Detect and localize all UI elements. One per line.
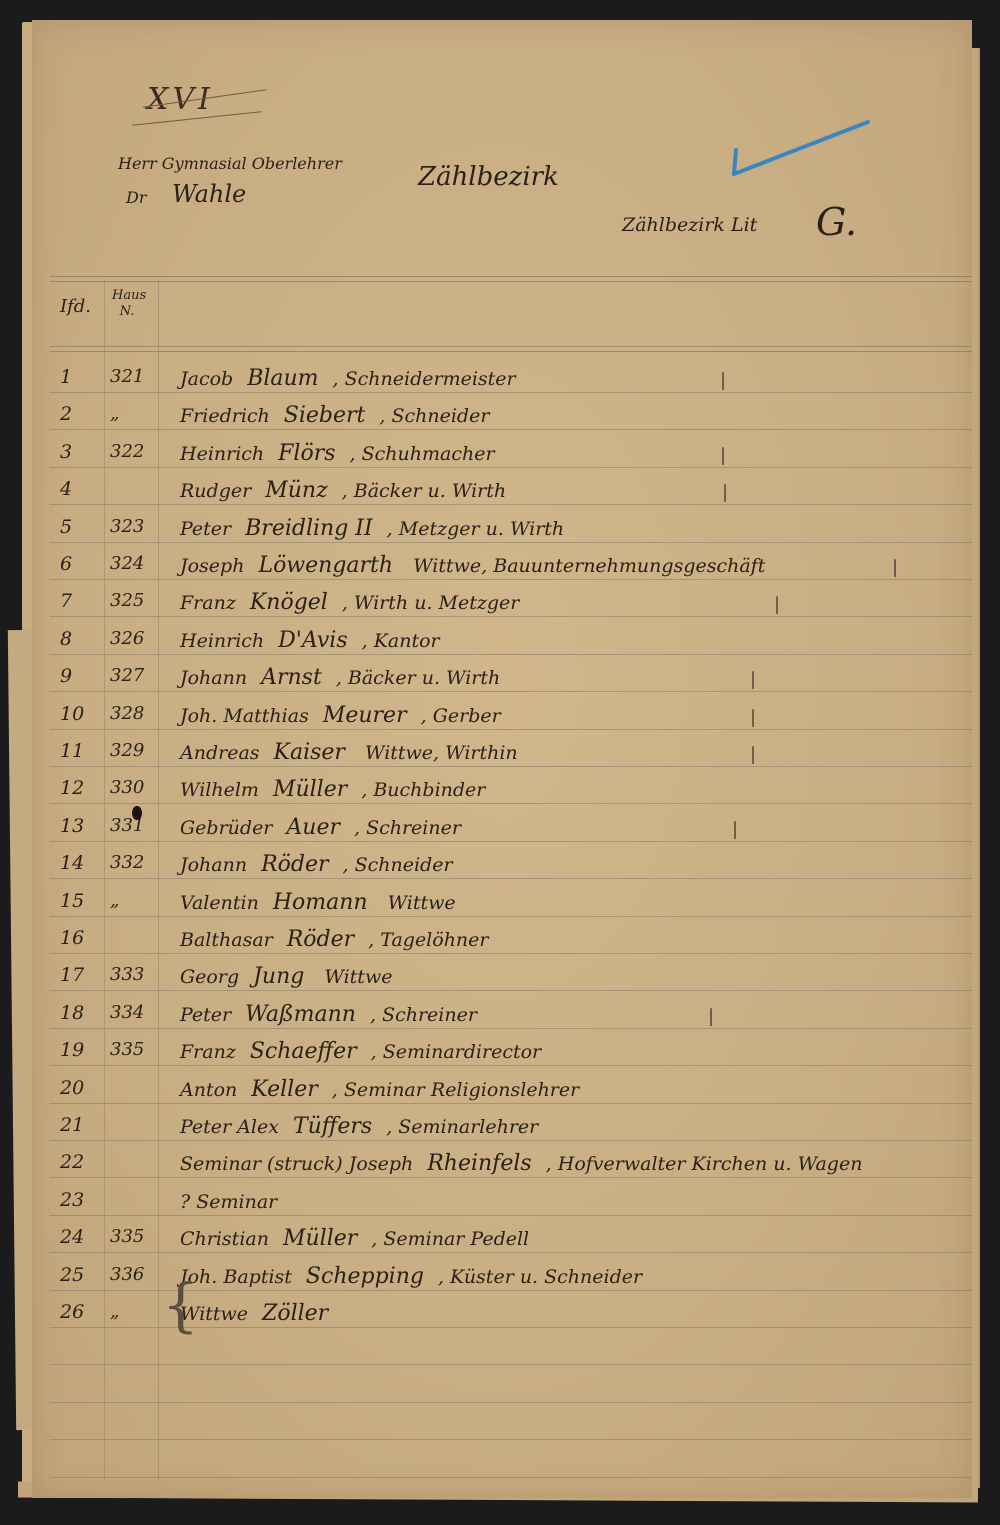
table-row: 8326HeinrichD'Avis, Kantor — [32, 628, 972, 666]
addressee-name: Wahle — [172, 180, 246, 208]
given-name: Peter — [180, 1004, 231, 1026]
surname: Tüffers — [293, 1114, 372, 1139]
table-row: 21Peter AlexTüffers, Seminarlehrer — [32, 1114, 972, 1152]
house-number: 329 — [110, 740, 160, 761]
surname: Flörs — [278, 441, 335, 466]
occupation: , Schreiner — [354, 817, 461, 839]
given-name: Johann — [180, 667, 247, 689]
entry-number: 26 — [60, 1301, 100, 1323]
occupation: , Metzger u. Wirth — [387, 518, 565, 540]
header-rule-top — [50, 276, 972, 282]
occupation: , Schneider — [343, 854, 453, 876]
tally-mark: | — [720, 445, 726, 466]
surname: Zöller — [262, 1301, 328, 1326]
surname: Müller — [273, 777, 347, 802]
entry-text: FranzSchaeffer, Seminardirector — [180, 1039, 541, 1064]
entry-text: ? Seminar — [180, 1189, 305, 1214]
entry-text: GeorgJung Wittwe — [180, 964, 392, 989]
house-number: 322 — [110, 441, 160, 462]
occupation: , Seminar Pedell — [371, 1228, 529, 1250]
house-number: 334 — [110, 1002, 160, 1023]
occupation: , Schneidermeister — [333, 368, 516, 390]
column-header-house: Haus N. — [112, 288, 142, 320]
entry-text: Seminar (struck) JosephRheinfels, Hofver… — [180, 1151, 862, 1176]
entry-text: JohannArnst, Bäcker u. Wirth — [180, 665, 500, 690]
entry-text: HeinrichFlörs, Schuhmacher — [180, 441, 495, 466]
table-row: 20AntonKeller, Seminar Religionslehrer — [32, 1077, 972, 1115]
given-name: Joseph — [180, 555, 244, 577]
table-row: 6324JosephLöwengarth Wittwe, Bauunterneh… — [32, 553, 972, 591]
tally-mark: | — [892, 557, 898, 578]
surname: Auer — [286, 815, 340, 840]
occupation: , Wirth u. Metzger — [342, 592, 520, 614]
tally-mark: | — [732, 819, 738, 840]
table-row: 15„ValentinHomann Wittwe — [32, 890, 972, 928]
addressee-title-line: Herr Gymnasial Oberlehrer — [118, 154, 342, 173]
entry-text: HeinrichD'Avis, Kantor — [180, 628, 440, 653]
ruled-line — [50, 1364, 972, 1365]
table-row: 5323PeterBreidling II, Metzger u. Wirth — [32, 516, 972, 554]
entry-text: BalthasarRöder, Tagelöhner — [180, 927, 489, 952]
occupation: Wittwe, Bauunternehmungsgeschäft — [407, 555, 765, 577]
house-number: 336 — [110, 1264, 160, 1285]
surname: Meurer — [323, 703, 407, 728]
table-row: 23? Seminar — [32, 1189, 972, 1227]
surname: Röder — [261, 852, 328, 877]
entry-number: 12 — [60, 777, 100, 799]
entry-text: RudgerMünz, Bäcker u. Wirth — [180, 478, 506, 503]
occupation: Wittwe — [382, 892, 456, 914]
entry-number: 25 — [60, 1264, 100, 1286]
entry-number: 24 — [60, 1226, 100, 1248]
given-name: ? Seminar — [180, 1191, 277, 1213]
surname: Kaiser — [274, 740, 345, 765]
entry-number: 10 — [60, 703, 100, 725]
given-name: Joh. Matthias — [180, 705, 309, 727]
tally-mark: | — [750, 744, 756, 765]
surname: Arnst — [261, 665, 322, 690]
surname: Blaum — [247, 366, 318, 391]
table-row: 17333GeorgJung Wittwe — [32, 964, 972, 1002]
house-number: „ — [110, 403, 160, 424]
roman-numeral: XVI — [147, 82, 214, 117]
table-row: 24335ChristianMüller, Seminar Pedell — [32, 1226, 972, 1264]
house-number: 335 — [110, 1039, 160, 1060]
house-number: 325 — [110, 590, 160, 611]
occupation: , Tagelöhner — [368, 929, 488, 951]
table-row: 22Seminar (struck) JosephRheinfels, Hofv… — [32, 1151, 972, 1189]
entry-text: FranzKnögel, Wirth u. Metzger — [180, 590, 519, 615]
occupation: , Schreiner — [370, 1004, 477, 1026]
entry-number: 21 — [60, 1114, 100, 1136]
entry-text: ChristianMüller, Seminar Pedell — [180, 1226, 529, 1251]
entry-text: AndreasKaiser Wittwe, Wirthin — [180, 740, 518, 765]
entry-number: 22 — [60, 1151, 100, 1173]
occupation: , Seminarlehrer — [386, 1116, 538, 1138]
entry-text: Joh. BaptistSchepping, Küster u. Schneid… — [180, 1264, 642, 1289]
occupation: , Hofverwalter Kirchen u. Wagen — [546, 1153, 863, 1175]
given-name: Franz — [180, 1041, 236, 1063]
entry-number: 9 — [60, 665, 100, 687]
table-row: 19335FranzSchaeffer, Seminardirector — [32, 1039, 972, 1077]
surname: Münz — [265, 478, 327, 503]
given-name: Valentin — [180, 892, 259, 914]
entry-number: 18 — [60, 1002, 100, 1024]
surname: Keller — [251, 1077, 317, 1102]
entry-text: Joh. MatthiasMeurer, Gerber — [180, 703, 501, 728]
occupation: , Buchbinder — [361, 779, 485, 801]
entry-text: FriedrichSiebert, Schneider — [180, 403, 489, 428]
surname: Homann — [273, 890, 368, 915]
table-row: 1321JacobBlaum, Schneidermeister| — [32, 366, 972, 404]
entry-number: 16 — [60, 927, 100, 949]
given-name: Seminar (struck) Joseph — [180, 1153, 413, 1175]
occupation: Wittwe, Wirthin — [359, 742, 518, 764]
table-row: 12330WilhelmMüller, Buchbinder — [32, 777, 972, 815]
addressee-dr: Dr — [126, 188, 146, 207]
tally-mark: | — [708, 1006, 714, 1027]
table-row: 4RudgerMünz, Bäcker u. Wirth| — [32, 478, 972, 516]
surname: Siebert — [284, 403, 366, 428]
tally-mark: | — [750, 707, 756, 728]
entry-number: 2 — [60, 403, 100, 425]
table-row: 9327JohannArnst, Bäcker u. Wirth| — [32, 665, 972, 703]
heading-lit-letter: G. — [816, 200, 857, 244]
given-name: Johann — [180, 854, 247, 876]
house-number: „ — [110, 890, 160, 911]
given-name: Jacob — [180, 368, 233, 390]
occupation: , Kantor — [362, 630, 440, 652]
header-rule-bottom — [50, 346, 972, 352]
entry-number: 13 — [60, 815, 100, 837]
table-row: 2„FriedrichSiebert, Schneider — [32, 403, 972, 441]
entry-number: 20 — [60, 1077, 100, 1099]
given-name: Christian — [180, 1228, 269, 1250]
entry-number: 11 — [60, 740, 100, 762]
house-number: 332 — [110, 852, 160, 873]
tally-mark: | — [722, 482, 728, 503]
entry-text: WittweZöller — [180, 1301, 342, 1326]
ruled-line — [50, 1439, 972, 1440]
given-name: Wilhelm — [180, 779, 259, 801]
surname: Schepping — [306, 1264, 424, 1289]
house-number: 327 — [110, 665, 160, 686]
ruled-line — [50, 1402, 972, 1403]
column-header-number: Ifd. — [60, 296, 91, 317]
entry-text: Peter AlexTüffers, Seminarlehrer — [180, 1114, 538, 1139]
occupation: , Schneider — [379, 405, 489, 427]
ink-blot — [132, 806, 142, 820]
entry-text: AntonKeller, Seminar Religionslehrer — [180, 1077, 579, 1102]
entry-number: 3 — [60, 441, 100, 463]
surname: Breidling II — [245, 516, 373, 541]
tally-mark: | — [750, 669, 756, 690]
given-name: Heinrich — [180, 630, 264, 652]
occupation: , Schuhmacher — [350, 443, 495, 465]
house-number: 335 — [110, 1226, 160, 1247]
given-name: Heinrich — [180, 443, 264, 465]
occupation: , Seminar Religionslehrer — [332, 1079, 579, 1101]
occupation: , Bäcker u. Wirth — [336, 667, 500, 689]
given-name: Friedrich — [180, 405, 270, 427]
house-number: 326 — [110, 628, 160, 649]
house-number: 321 — [110, 366, 160, 387]
table-row: 18334PeterWaßmann, Schreiner| — [32, 1002, 972, 1040]
occupation: , Seminardirector — [371, 1041, 541, 1063]
ruled-line — [50, 1477, 972, 1478]
entry-number: 4 — [60, 478, 100, 500]
entry-number: 8 — [60, 628, 100, 650]
house-number: 328 — [110, 703, 160, 724]
table-row: 10328Joh. MatthiasMeurer, Gerber| — [32, 703, 972, 741]
house-number: „ — [110, 1301, 160, 1322]
surname: Jung — [253, 964, 304, 989]
given-name: Gebrüder — [180, 817, 272, 839]
surname: Knögel — [250, 590, 328, 615]
tally-mark: | — [774, 594, 780, 615]
column-header-house-line2: N. — [112, 304, 142, 320]
occupation: , Bäcker u. Wirth — [342, 480, 506, 502]
surname: Rheinfels — [427, 1151, 531, 1176]
entry-text: JacobBlaum, Schneidermeister — [180, 366, 516, 391]
tally-mark: | — [720, 370, 726, 391]
entry-number: 23 — [60, 1189, 100, 1211]
occupation: , Gerber — [421, 705, 501, 727]
entry-number: 6 — [60, 553, 100, 575]
occupation: , Küster u. Schneider — [438, 1266, 642, 1288]
occupation: Wittwe — [318, 966, 392, 988]
surname: Müller — [283, 1226, 357, 1251]
entry-number: 1 — [60, 366, 100, 388]
surname: Waßmann — [245, 1002, 356, 1027]
table-row: 11329AndreasKaiser Wittwe, Wirthin| — [32, 740, 972, 778]
given-name: Peter Alex — [180, 1116, 279, 1138]
surname: Schaeffer — [250, 1039, 357, 1064]
entry-number: 5 — [60, 516, 100, 538]
entry-text: GebrüderAuer, Schreiner — [180, 815, 461, 840]
entry-number: 15 — [60, 890, 100, 912]
entry-number: 14 — [60, 852, 100, 874]
entry-text: JosephLöwengarth Wittwe, Bauunternehmung… — [180, 553, 765, 578]
table-row: 16BalthasarRöder, Tagelöhner — [32, 927, 972, 965]
entry-text: ValentinHomann Wittwe — [180, 890, 456, 915]
table-row: 3322HeinrichFlörs, Schuhmacher| — [32, 441, 972, 479]
entry-text: JohannRöder, Schneider — [180, 852, 453, 877]
entry-text: PeterWaßmann, Schreiner — [180, 1002, 477, 1027]
entry-text: WilhelmMüller, Buchbinder — [180, 777, 485, 802]
document-page: XVI Herr Gymnasial Oberlehrer Dr Wahle Z… — [32, 20, 972, 1498]
given-name: Franz — [180, 592, 236, 614]
house-number: 333 — [110, 964, 160, 985]
given-name: Rudger — [180, 480, 251, 502]
given-name: Andreas — [180, 742, 260, 764]
brace-bracket: { — [162, 1276, 199, 1334]
given-name: Balthasar — [180, 929, 273, 951]
heading-zaehlbezirk: Zählbezirk — [418, 162, 559, 192]
given-name: Anton — [180, 1079, 237, 1101]
house-number: 323 — [110, 516, 160, 537]
surname: Löwengarth — [258, 553, 393, 578]
entry-text: PeterBreidling II, Metzger u. Wirth — [180, 516, 564, 541]
entry-number: 17 — [60, 964, 100, 986]
table-row: 13331GebrüderAuer, Schreiner| — [32, 815, 972, 853]
surname: Röder — [287, 927, 354, 952]
heading-zaehlbezirk-lit: Zählbezirk Lit — [622, 214, 757, 236]
house-number: 330 — [110, 777, 160, 798]
given-name: Georg — [180, 966, 239, 988]
blue-check-mark-icon — [730, 100, 880, 180]
table-row: 7325FranzKnögel, Wirth u. Metzger| — [32, 590, 972, 628]
surname: D'Avis — [278, 628, 347, 653]
entry-number: 19 — [60, 1039, 100, 1061]
entry-number: 7 — [60, 590, 100, 612]
house-number: 324 — [110, 553, 160, 574]
given-name: Peter — [180, 518, 231, 540]
table-row: 14332JohannRöder, Schneider — [32, 852, 972, 890]
column-header-house-line1: Haus — [112, 288, 142, 304]
